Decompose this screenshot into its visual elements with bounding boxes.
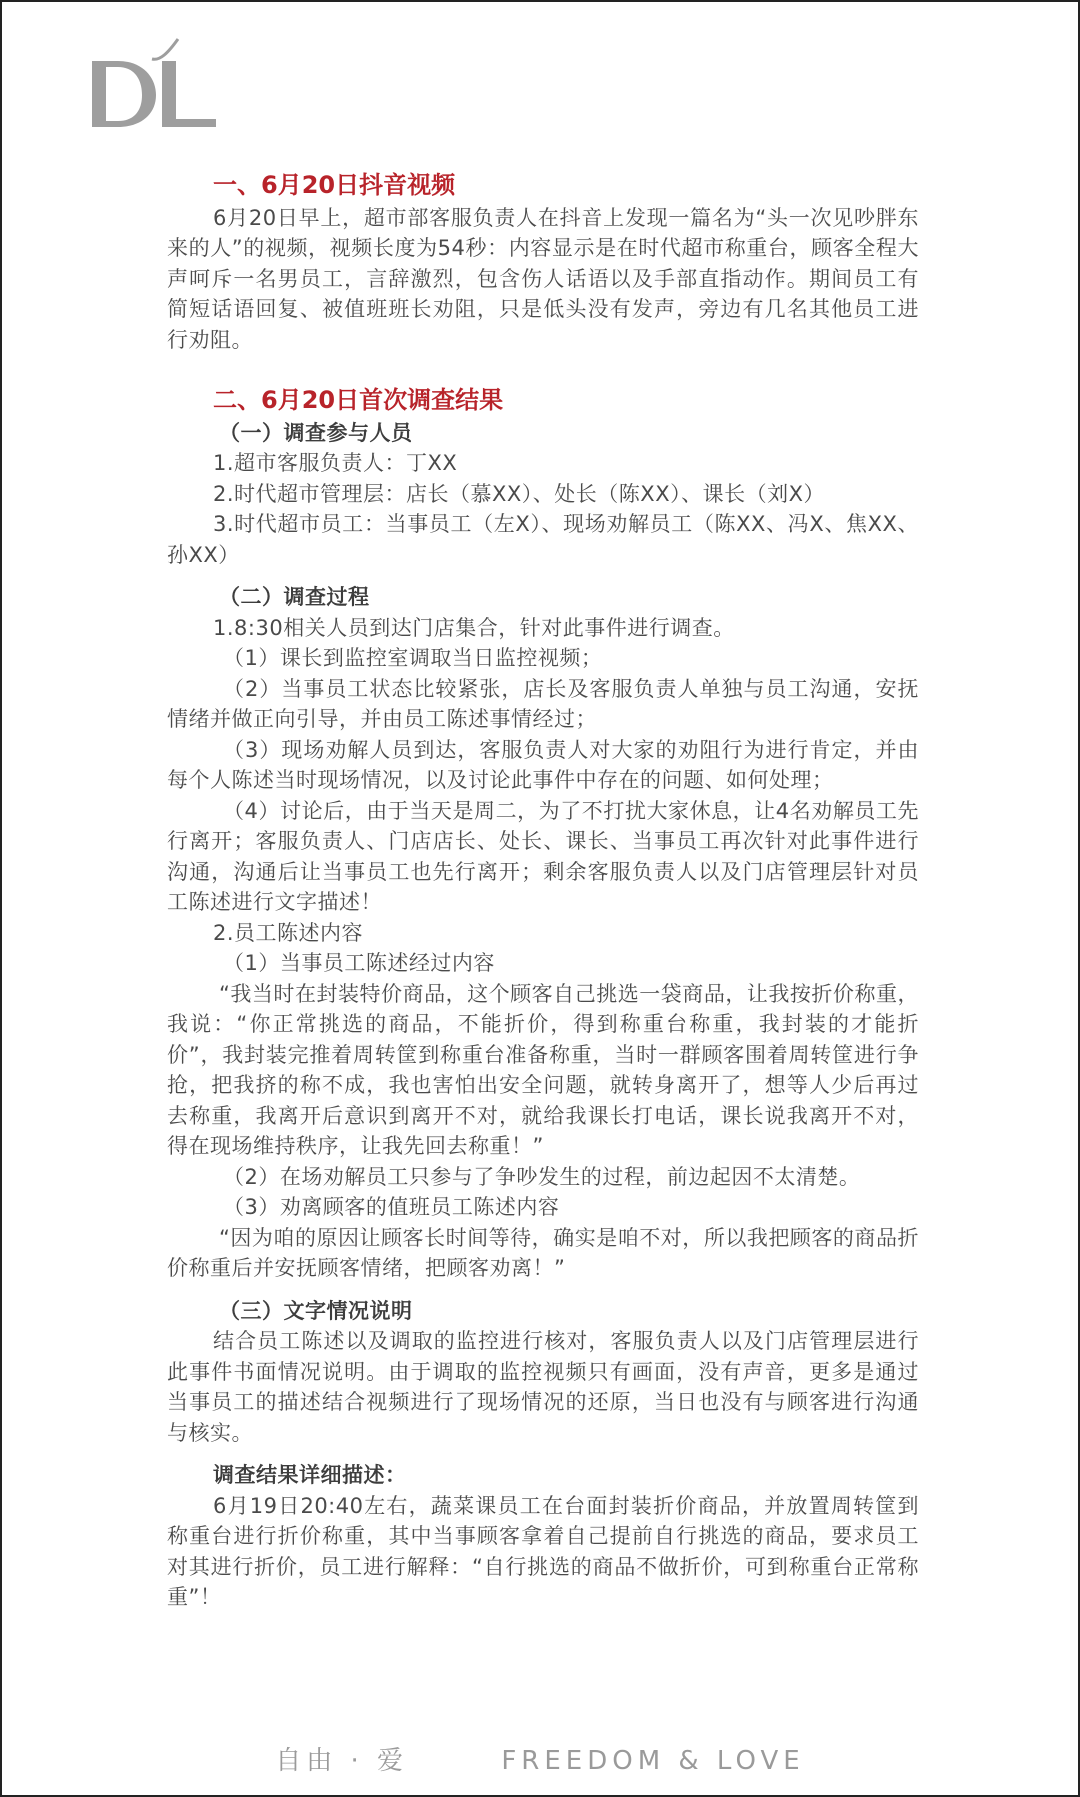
participant-item: 1.超市客服负责人：丁XX (167, 448, 919, 479)
part-3-paragraph: 结合员工陈述以及调取的监控进行核对，客服负责人以及门店管理层进行此事件书面情况说… (167, 1326, 919, 1448)
dl-logo (90, 35, 220, 130)
part-2-heading: （二）调查过程 (167, 582, 919, 613)
document-body: 一、6月20日抖音视频 6月20日早上，超市部客服负责人在抖音上发现一篇名为“头… (167, 170, 919, 1613)
participant-item: 3.时代超市员工：当事员工（左X）、现场劝解员工（陈XX、冯X、焦XX、孙XX） (167, 509, 919, 570)
section-1-heading: 一、6月20日抖音视频 (167, 170, 919, 201)
process-substep: （3）现场劝解人员到达，客服负责人对大家的劝阻行为进行肯定，并由每个人陈述当时现… (167, 735, 919, 796)
statement-3-quote: “因为咱的原因让顾客长时间等待，确实是咱不对，所以我把顾客的商品折价称重后并安抚… (167, 1223, 919, 1284)
statement-2: （2）在场劝解员工只参与了争吵发生的过程，前边起因不太清楚。 (167, 1162, 919, 1193)
process-step-2: 2.员工陈述内容 (167, 918, 919, 949)
detail-paragraph: 6月19日20:40左右，蔬菜课员工在台面封装折价商品，并放置周转筐到称重台进行… (167, 1491, 919, 1613)
footer-slogan-en: FREEDOM & LOVE (501, 1746, 804, 1776)
section-1-paragraph: 6月20日早上，超市部客服负责人在抖音上发现一篇名为“头一次见吵胖东来的人”的视… (167, 203, 919, 356)
process-step-1: 1.8:30相关人员到达门店集合，针对此事件进行调查。 (167, 613, 919, 644)
detail-heading: 调查结果详细描述： (167, 1460, 919, 1491)
footer-slogan-cn: 自由 · 爱 (275, 1746, 408, 1776)
process-substep: （2）当事员工状态比较紧张，店长及客服负责人单独与员工沟通，安抚情绪并做正向引导… (167, 674, 919, 735)
footer-slogan: 自由 · 爱 FREEDOM & LOVE (0, 1740, 1080, 1777)
statement-1-title: （1）当事员工陈述经过内容 (167, 948, 919, 979)
section-2-heading: 二、6月20日首次调查结果 (167, 385, 919, 416)
dl-logo-icon (90, 35, 220, 130)
process-substep: （4）讨论后，由于当天是周二，为了不打扰大家休息，让4名劝解员工先行离开；客服负… (167, 796, 919, 918)
statement-1-quote: “我当时在封装特价商品，这个顾客自己挑选一袋商品，让我按折价称重，我说：“你正常… (167, 979, 919, 1162)
statement-3-title: （3）劝离顾客的值班员工陈述内容 (167, 1192, 919, 1223)
part-1-heading: （一）调查参与人员 (167, 418, 919, 449)
part-3-heading: （三）文字情况说明 (167, 1296, 919, 1327)
process-substep: （1）课长到监控室调取当日监控视频； (167, 643, 919, 674)
participant-item: 2.时代超市管理层：店长（慕XX）、处长（陈XX）、课长（刘X） (167, 479, 919, 510)
